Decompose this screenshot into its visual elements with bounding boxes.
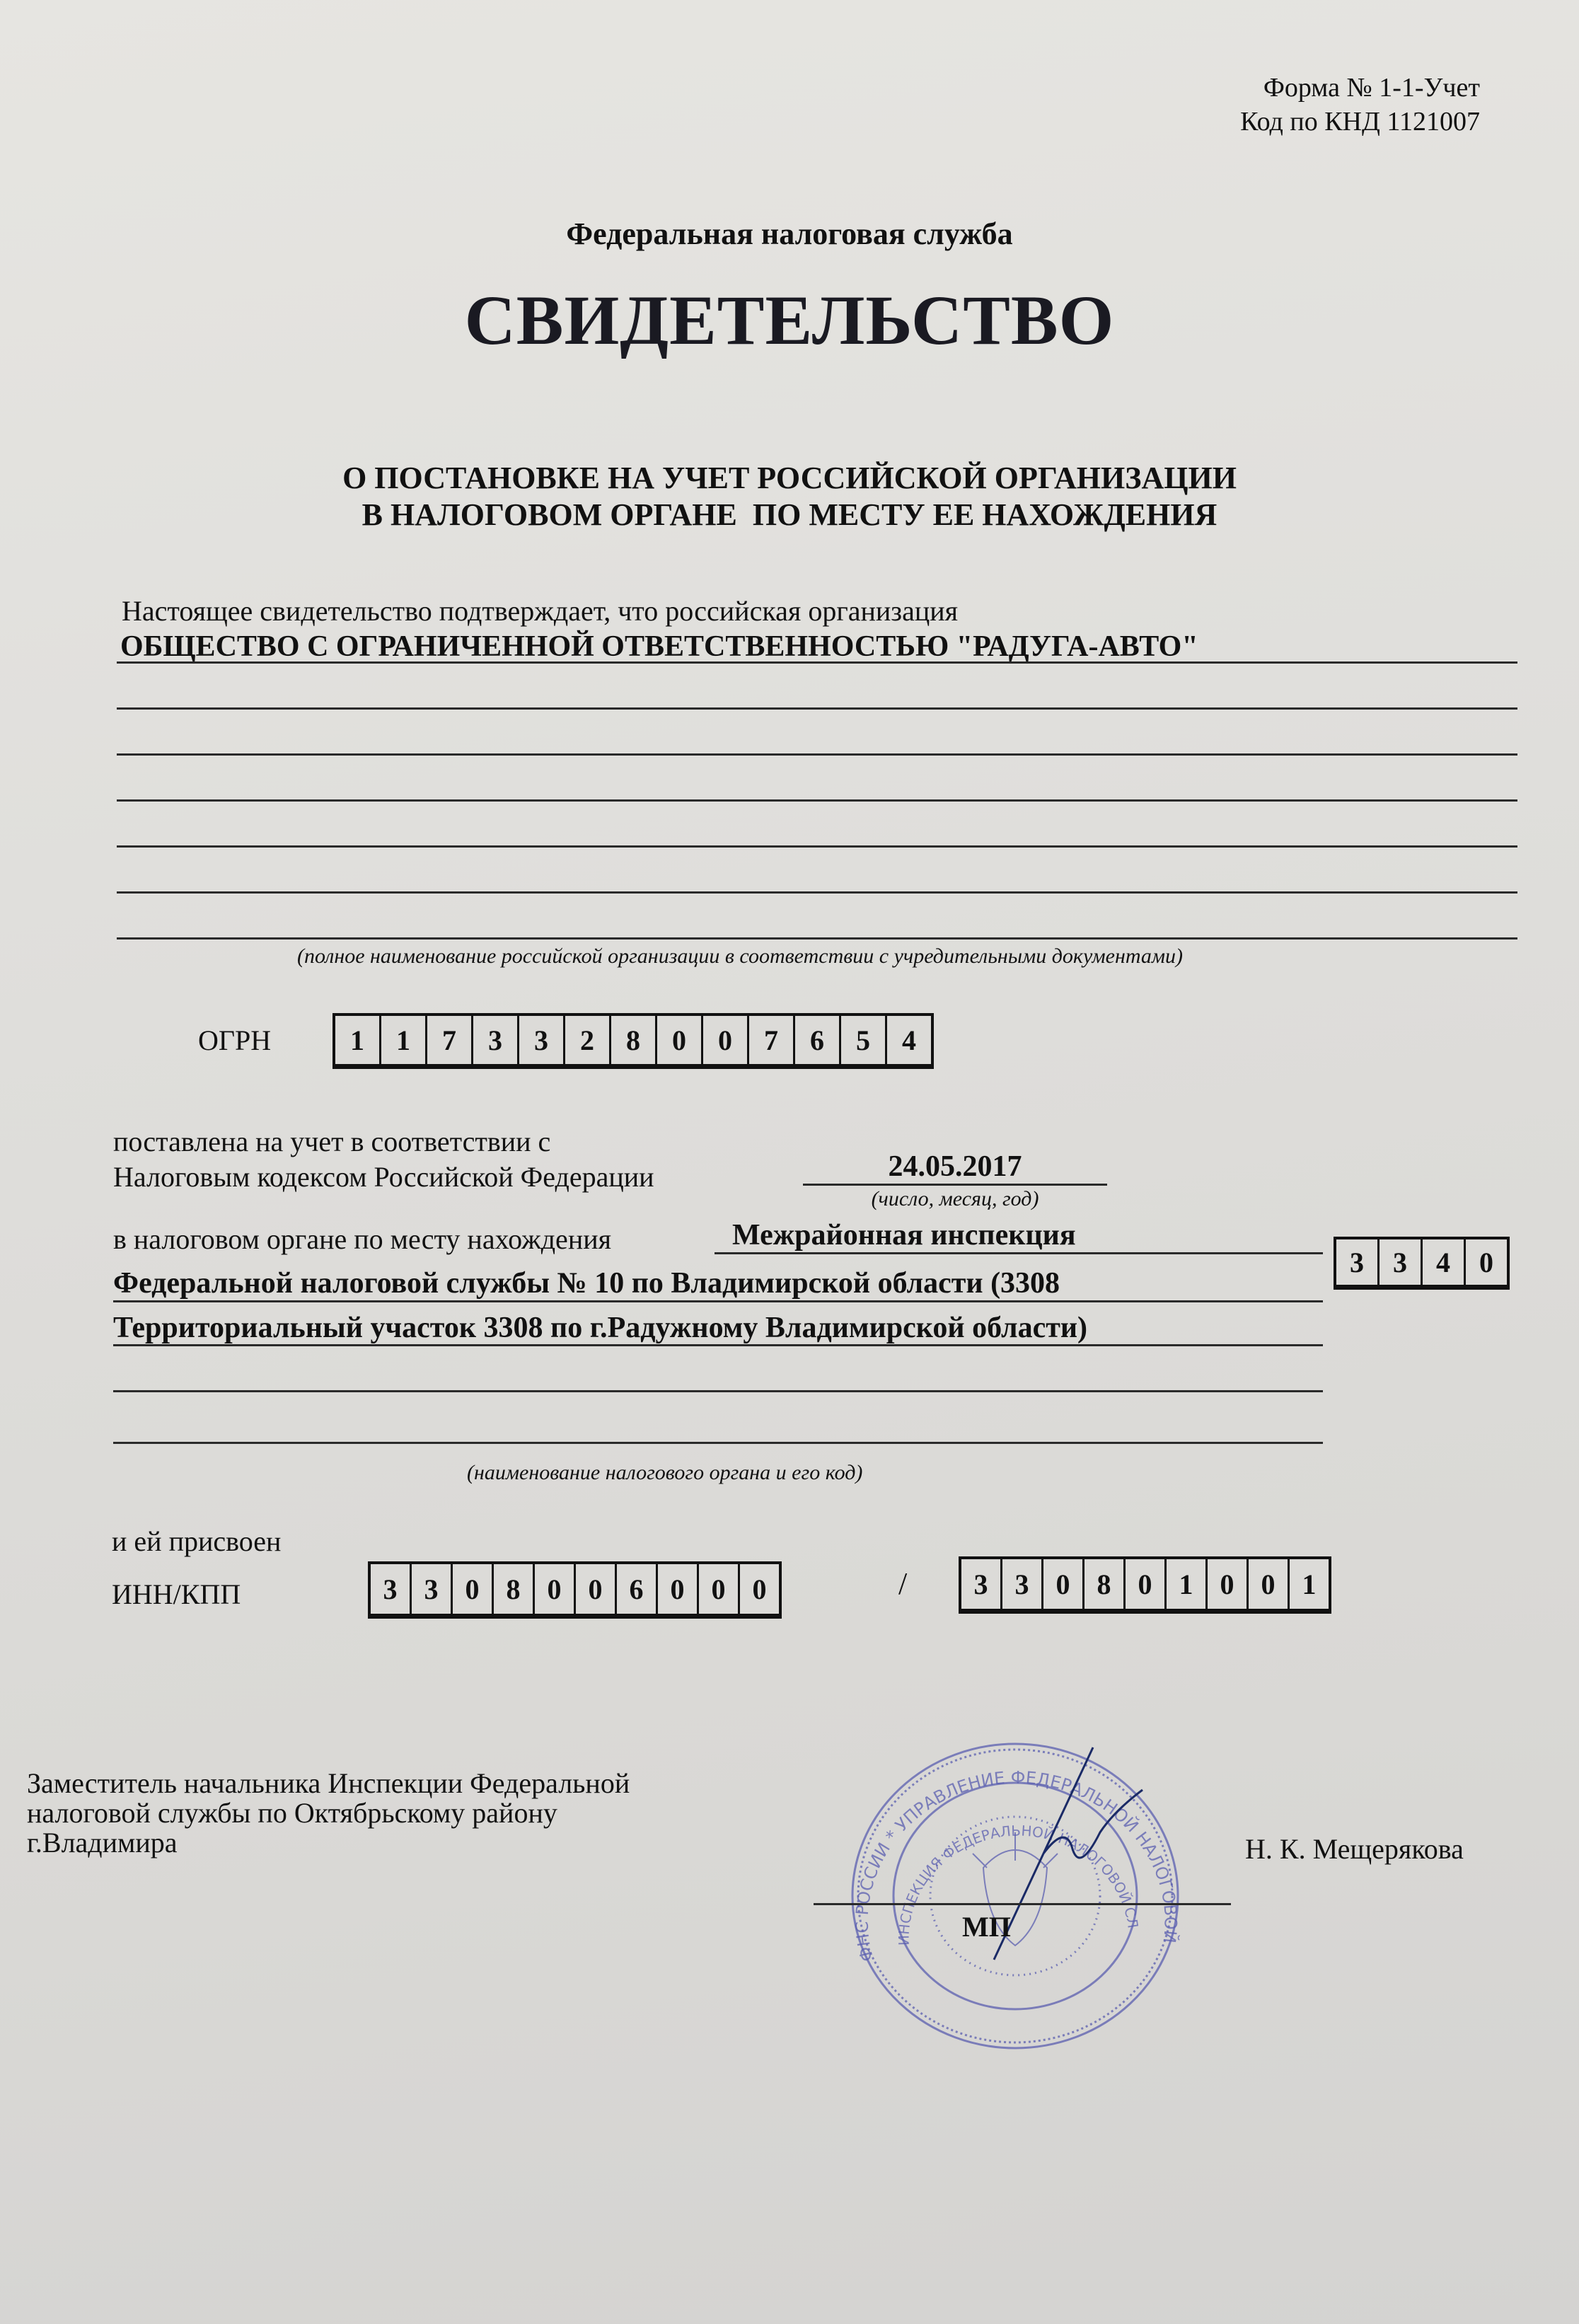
digit-cell: 7 [749, 1016, 795, 1064]
org-line-3 [117, 753, 1517, 756]
date-caption: (число, месяц, год) [803, 1187, 1107, 1211]
digit-cell: 3 [1380, 1239, 1423, 1285]
tax-authority-line-3: Территориальный участок 3308 по г.Радужн… [113, 1311, 1087, 1345]
tax-authority-rule-1 [715, 1252, 1323, 1254]
position-line-2: налоговой службы по Октябрьскому району [27, 1798, 630, 1828]
digit-cell: 1 [1167, 1559, 1208, 1609]
inn-kpp-separator: / [898, 1567, 907, 1601]
ogrn-cells: 1173328007654 [332, 1013, 934, 1067]
inn-kpp-label: ИНН/КПП [112, 1578, 241, 1612]
digit-cell: 8 [611, 1016, 657, 1064]
position-line-1: Заместитель начальника Инспекции Федерал… [27, 1769, 630, 1798]
digit-cell: 0 [453, 1564, 494, 1614]
ogrn-label: ОГРН [198, 1024, 271, 1058]
digit-cell: 0 [1208, 1559, 1249, 1609]
date-line [803, 1184, 1107, 1186]
knd-code: Код по КНД 1121007 [1240, 105, 1480, 139]
digit-cell: 5 [841, 1016, 887, 1064]
digit-cell: 8 [1085, 1559, 1126, 1609]
signer-position: Заместитель начальника Инспекции Федерал… [27, 1769, 630, 1858]
subtitle-line-1: О ПОСТАНОВКЕ НА УЧЕТ РОССИЙСКОЙ ОРГАНИЗА… [0, 460, 1579, 497]
org-line-2 [117, 707, 1517, 710]
tax-authority-line-2: Федеральной налоговой службы № 10 по Вла… [113, 1266, 1060, 1300]
digit-cell: 0 [703, 1016, 749, 1064]
digit-cell: 7 [427, 1016, 473, 1064]
digit-cell: 3 [1336, 1239, 1380, 1285]
tax-authority-rule-5 [113, 1442, 1323, 1444]
registration-line-2: Налоговым кодексом Российской Федерации [113, 1160, 654, 1194]
tax-authority-code-cells: 3340 [1334, 1237, 1510, 1288]
official-stamp: ФНС РОССИИ * УПРАВЛЕНИЕ ФЕДЕРАЛЬНОЙ НАЛО… [831, 1726, 1206, 2052]
signature-line [814, 1903, 1231, 1905]
org-line-4 [117, 799, 1517, 802]
digit-cell: 6 [795, 1016, 841, 1064]
form-info: Форма № 1-1-Учет Код по КНД 1121007 [1240, 71, 1480, 139]
registration-line-1: поставлена на учет в соответствии с [113, 1125, 550, 1159]
digit-cell: 4 [1423, 1239, 1466, 1285]
digit-cell: 0 [740, 1564, 779, 1614]
digit-cell: 0 [1249, 1559, 1290, 1609]
inn-cells: 3308006000 [368, 1561, 782, 1617]
digit-cell: 0 [1126, 1559, 1167, 1609]
digit-cell: 8 [494, 1564, 535, 1614]
digit-cell: 0 [576, 1564, 617, 1614]
digit-cell: 0 [535, 1564, 576, 1614]
digit-cell: 0 [658, 1564, 699, 1614]
digit-cell: 4 [887, 1016, 931, 1064]
org-intro: Настоящее свидетельство подтверждает, чт… [122, 594, 958, 628]
document-title: СВИДЕТЕЛЬСТВО [0, 279, 1579, 361]
digit-cell: 2 [565, 1016, 611, 1064]
tax-authority-caption: (наименование налогового органа и его ко… [467, 1461, 862, 1485]
digit-cell: 1 [1290, 1559, 1329, 1609]
org-line-1 [117, 661, 1517, 664]
kpp-cells: 330801001 [959, 1556, 1331, 1612]
signer-name: Н. К. Мещерякова [1245, 1832, 1464, 1866]
seal-label: МП [962, 1910, 1011, 1943]
digit-cell: 3 [412, 1564, 453, 1614]
digit-cell: 3 [473, 1016, 519, 1064]
digit-cell: 1 [335, 1016, 381, 1064]
org-name: ОБЩЕСТВО С ОГРАНИЧЕННОЙ ОТВЕТСТВЕННОСТЬЮ… [120, 630, 1198, 664]
form-number: Форма № 1-1-Учет [1240, 71, 1480, 105]
tax-authority-rule-4 [113, 1390, 1323, 1392]
document-subtitle: О ПОСТАНОВКЕ НА УЧЕТ РОССИЙСКОЙ ОРГАНИЗА… [0, 460, 1579, 533]
digit-cell: 3 [519, 1016, 565, 1064]
registration-date: 24.05.2017 [803, 1150, 1107, 1184]
subtitle-line-2: В НАЛОГОВОМ ОРГАНЕ ПО МЕСТУ ЕЕ НАХОЖДЕНИ… [0, 497, 1579, 533]
position-line-3: г.Владимира [27, 1828, 630, 1858]
agency-name: Федеральная налоговая служба [0, 216, 1579, 252]
digit-cell: 0 [699, 1564, 740, 1614]
digit-cell: 1 [381, 1016, 427, 1064]
digit-cell: 0 [1466, 1239, 1507, 1285]
digit-cell: 3 [371, 1564, 412, 1614]
org-caption: (полное наименование российской организа… [297, 944, 1183, 969]
tax-authority-line-1: Межрайонная инспекция [732, 1218, 1076, 1252]
tax-authority-intro: в налоговом органе по месту нахождения [113, 1222, 611, 1256]
tax-authority-rule-2 [113, 1300, 1323, 1302]
digit-cell: 0 [657, 1016, 703, 1064]
digit-cell: 3 [1002, 1559, 1043, 1609]
digit-cell: 3 [961, 1559, 1002, 1609]
digit-cell: 6 [617, 1564, 658, 1614]
assigned-text: и ей присвоен [112, 1525, 281, 1559]
org-line-5 [117, 845, 1517, 848]
org-line-6 [117, 891, 1517, 894]
org-line-7 [117, 937, 1517, 940]
digit-cell: 0 [1043, 1559, 1085, 1609]
tax-authority-rule-3 [113, 1344, 1323, 1346]
